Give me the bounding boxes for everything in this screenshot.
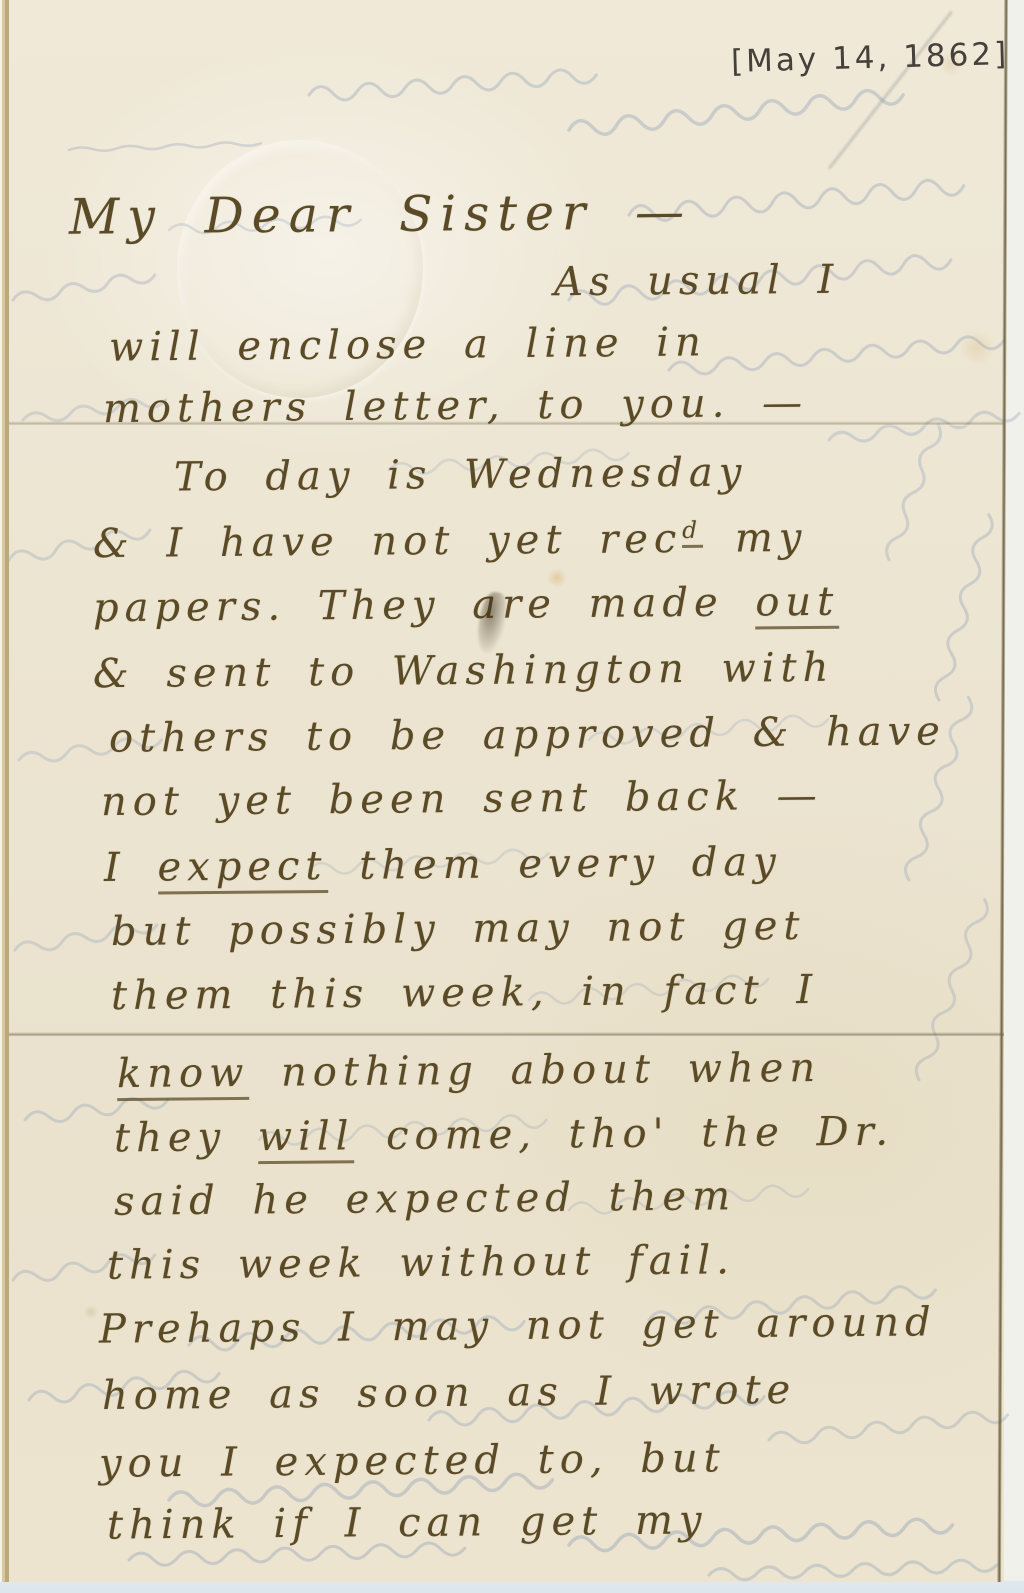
letter-line: I expect them every day <box>104 839 782 891</box>
letter-line: & I have not yet recd my <box>93 515 808 567</box>
letter-text-segment: they <box>114 1114 258 1161</box>
letter-line: mothers letter, to you. — <box>103 380 808 432</box>
letter-line: will enclose a line in <box>109 319 707 370</box>
letter-text-segment: mothers letter, to you. — <box>103 380 808 432</box>
letter-text-segment: nothing about when <box>249 1045 821 1096</box>
scanned-letter: { "document": { "kind": "handwritten-let… <box>0 0 1024 1593</box>
letter-text-segment: out <box>755 579 839 630</box>
letter-text-segment: d <box>682 516 703 547</box>
pencil-streak <box>828 10 953 169</box>
letter-text-segment: said he expected them <box>114 1173 736 1224</box>
letter-text-segment: & sent to Washington with <box>93 645 835 697</box>
letter-text-segment: As usual I <box>554 257 840 305</box>
letter-text-segment: papers. They are made <box>93 579 756 631</box>
letter-line: not yet been sent back — <box>101 773 823 825</box>
letter-text-segment: Prehaps I may not get around <box>99 1299 937 1352</box>
date-annotation: [May 14, 1862] <box>731 36 1010 80</box>
fold-crease-bottom <box>9 1032 1004 1037</box>
letter-line: said he expected them <box>114 1173 736 1224</box>
letter-text-segment: my <box>703 515 808 562</box>
letter-text-segment: expect <box>157 843 327 894</box>
letter-text-segment: home as soon as I wrote <box>102 1367 797 1419</box>
letter-line: them this week, in fact I <box>111 967 819 1019</box>
letter-text-segment: will <box>258 1113 355 1164</box>
letter-line: papers. They are made out <box>93 579 840 632</box>
letter-text-segment: To day is Wednesday <box>174 449 748 500</box>
salutation: My Dear Sister — <box>69 183 692 245</box>
letter-text-segment: & I have not yet rec <box>93 516 683 567</box>
letter-text-segment: them every day <box>327 839 782 889</box>
letter-line: think if I can get my <box>107 1497 708 1548</box>
letter-text-segment: not yet been sent back — <box>101 773 823 825</box>
letter-line: this week without fail. <box>107 1237 735 1288</box>
letter-text-segment: know <box>117 1050 250 1101</box>
letter-text-segment: come, tho' the Dr. <box>354 1109 894 1160</box>
letter-line: but possibly may not get <box>111 903 806 955</box>
letter-text-segment: think if I can get my <box>107 1497 708 1548</box>
letter-line: they will come, tho' the Dr. <box>114 1109 894 1162</box>
letter-text-segment: you I expected to, but <box>99 1435 726 1486</box>
letter-line: As usual I <box>554 257 840 305</box>
letter-text-segment: I <box>104 844 158 890</box>
letter-text-segment: will enclose a line in <box>109 319 707 370</box>
letter-line: you I expected to, but <box>99 1435 726 1486</box>
letter-text-segment: others to be approved & have <box>109 708 946 761</box>
letter-line: others to be approved & have <box>109 708 946 761</box>
paper-edge-left <box>0 0 9 1582</box>
letter-line: Prehaps I may not get around <box>99 1299 937 1352</box>
letter-line: home as soon as I wrote <box>102 1367 797 1419</box>
letter-line: To day is Wednesday <box>174 449 748 500</box>
letter-text-segment: but possibly may not get <box>111 903 806 955</box>
letter-line: & sent to Washington with <box>93 645 835 697</box>
letter-text-segment: them this week, in fact I <box>111 967 819 1019</box>
letter-text-segment: this week without fail. <box>107 1237 735 1288</box>
letter-page: [May 14, 1862] My Dear Sister — As usual… <box>9 0 1004 1582</box>
letter-line: know nothing about when <box>117 1045 821 1097</box>
